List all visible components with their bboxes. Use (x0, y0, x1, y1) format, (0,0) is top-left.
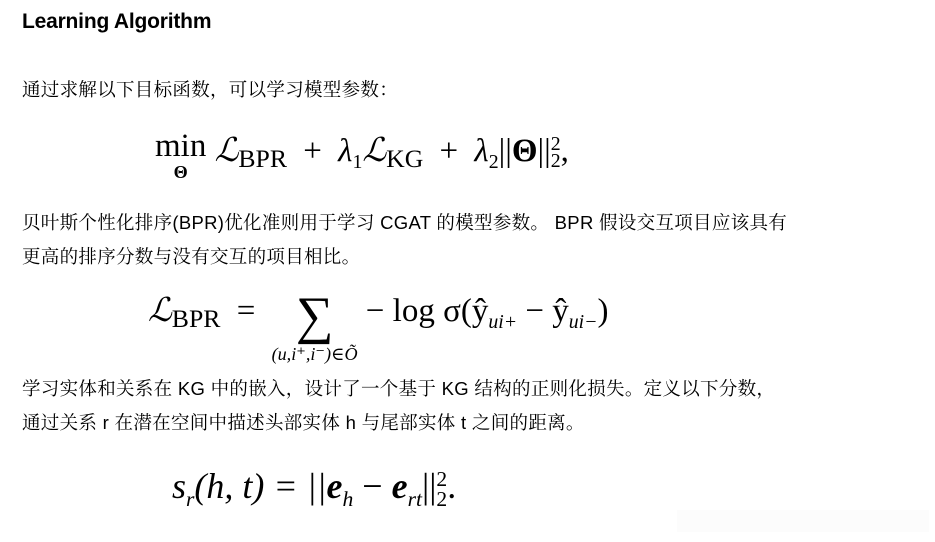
plus-sign: + (303, 133, 322, 169)
norm-close: || (538, 133, 551, 169)
loss-symbol: ℒ (148, 290, 172, 329)
theta-symbol: Θ (512, 133, 538, 169)
plus-sign: + (440, 133, 459, 169)
embedding-tail: e (392, 466, 408, 506)
paragraph-bpr: 贝叶斯个性化排序(BPR)优化准则用于学习 CGAT 的模型参数。 BPR 假设… (22, 206, 787, 274)
loss-subscript-bpr: BPR (172, 304, 221, 333)
paragraph-line: 学习实体和关系在 KG 中的嵌入，设计了一个基于 KG 结构的正则化损失。定义以… (22, 372, 775, 406)
paragraph-line: 贝叶斯个性化排序(BPR)优化准则用于学习 CGAT 的模型参数。 BPR 假设… (22, 206, 787, 240)
embedding-tail-subscript: rt (408, 487, 422, 511)
paragraph-line: 通过关系 r 在潜在空间中描述头部实体 h 与尾部实体 t 之间的距离。 (22, 406, 775, 440)
y-hat-subscript-pos: ui+ (488, 311, 517, 333)
background-shade (677, 510, 929, 532)
summation-subscript: (u,i⁺,i⁻)∈Õ (272, 345, 358, 363)
loss-symbol: ℒ (215, 130, 239, 169)
equation-bpr-loss: ℒBPR = ∑ (u,i⁺,i⁻)∈Õ − log σ(ŷui+ − ŷui−… (148, 290, 608, 363)
paragraph-kg: 学习实体和关系在 KG 中的嵌入，设计了一个基于 KG 结构的正则化损失。定义以… (22, 372, 775, 440)
loss-subscript-bpr: BPR (238, 144, 287, 173)
score-args: (h, t) = || (194, 466, 326, 506)
norm-close: || (422, 466, 436, 506)
trailing-comma: , (561, 133, 569, 169)
lambda-symbol: λ (474, 133, 488, 169)
sigma-icon: ∑ (272, 290, 358, 343)
lambda-subscript: 1 (352, 151, 362, 173)
norm-open: || (499, 133, 512, 169)
embedding-head: e (327, 466, 343, 506)
score-subscript: r (186, 487, 194, 511)
min-subscript: Θ (155, 163, 206, 181)
summation: ∑ (u,i⁺,i⁻)∈Õ (272, 290, 358, 363)
equation-score: sr(h, t) = ||eh − ert||22. (172, 465, 456, 509)
loss-subscript-kg: KG (386, 144, 423, 173)
loss-symbol: ℒ (362, 130, 386, 169)
paragraph-text: 通过求解以下目标函数，可以学习模型参数： (22, 79, 398, 100)
lambda-subscript: 2 (489, 151, 499, 173)
paragraph-line: 更高的排序分数与没有交互的项目相比。 (22, 240, 787, 274)
log-sigma-term: − log σ(ŷ (366, 293, 489, 329)
paragraph-objective-intro: 通过求解以下目标函数，可以学习模型参数： (22, 73, 398, 107)
trailing-period: . (447, 466, 456, 506)
min-operator: min Θ (155, 130, 206, 181)
norm-exponent: 22 (551, 136, 561, 172)
equation-objective: min Θ ℒBPR + λ1ℒKG + λ2||Θ||22, (155, 130, 569, 181)
section-heading: Learning Algorithm (22, 10, 211, 34)
embedding-head-subscript: h (342, 487, 353, 511)
norm-exponent: 22 (436, 470, 447, 509)
y-hat-subscript-neg: ui− (569, 311, 598, 333)
equals-sign: = (237, 293, 256, 329)
lambda-symbol: λ (338, 133, 352, 169)
close-paren: ) (597, 293, 608, 329)
norm-sub: 2 (551, 153, 561, 171)
min-label: min (155, 128, 206, 164)
score-symbol: s (172, 466, 186, 506)
minus-sign: − (353, 466, 391, 506)
minus-y-hat: − ŷ (525, 293, 568, 329)
norm-sub: 2 (436, 490, 447, 509)
